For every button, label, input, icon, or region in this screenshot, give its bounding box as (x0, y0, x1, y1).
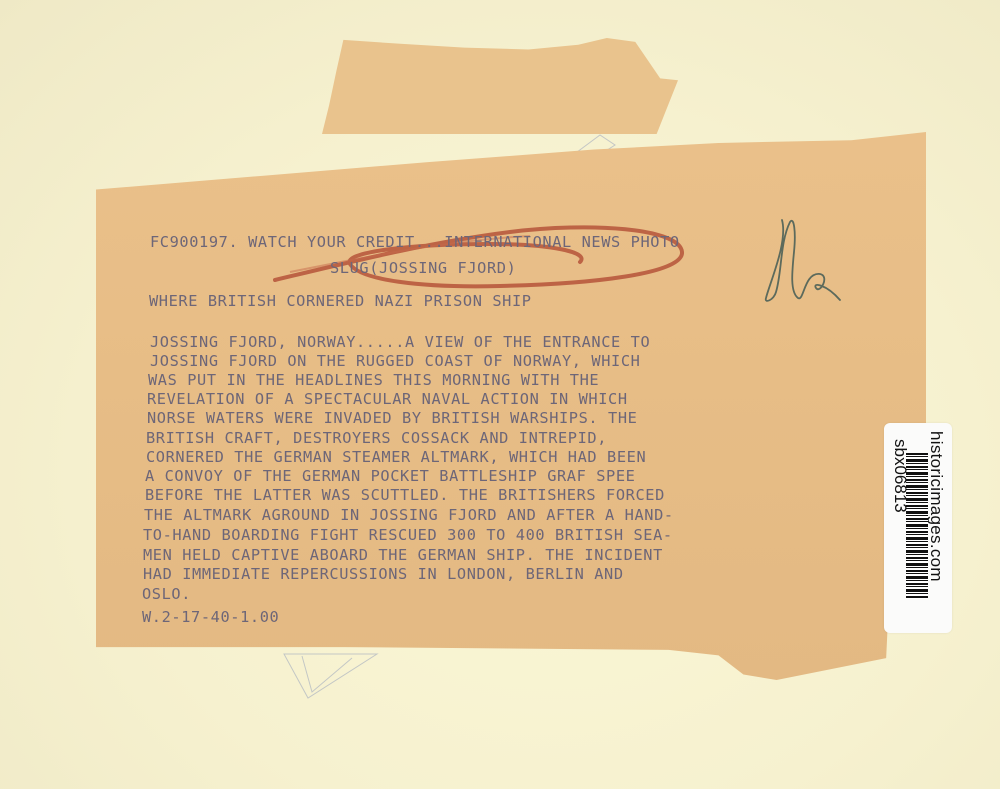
red-crayon-circle-icon (270, 222, 690, 292)
paper-tape (322, 38, 678, 134)
pencil-sketch-icon (282, 652, 382, 702)
handwritten-signature-icon (760, 212, 850, 308)
sticker-code: sbx06813 (886, 439, 910, 589)
inventory-sticker: historicimages.com sbx06813 (884, 423, 952, 633)
